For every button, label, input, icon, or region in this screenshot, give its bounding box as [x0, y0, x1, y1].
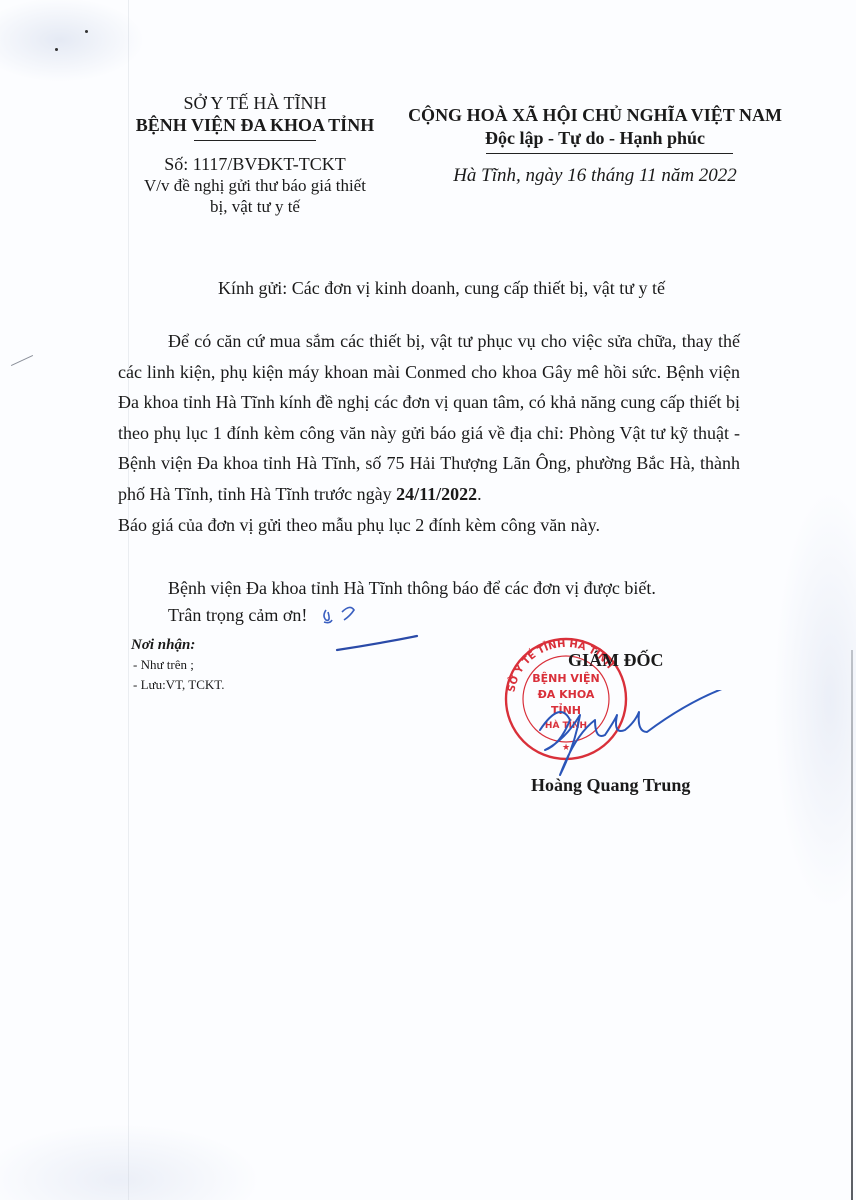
body-text: Để có căn cứ mua sắm các thiết bị, vật t… [118, 331, 740, 504]
body-paragraph-1: Để có căn cứ mua sắm các thiết bị, vật t… [118, 326, 740, 510]
recipients-title: Nơi nhận: [131, 637, 195, 654]
motto-divider [486, 153, 733, 154]
national-motto: Độc lập - Tự do - Hạnh phúc [395, 126, 795, 150]
hospital-name: BỆNH VIỆN ĐA KHOA TỈNH [105, 114, 405, 136]
scan-mark [11, 355, 33, 366]
closing-thanks: Trân trọng cảm ơn! [168, 605, 307, 626]
closing-notice: Bệnh viện Đa khoa tỉnh Hà Tĩnh thông báo… [168, 578, 656, 599]
document-page: SỞ Y TẾ HÀ TĨNH BỆNH VIỆN ĐA KHOA TỈNH S… [0, 0, 856, 1200]
place-date: Hà Tĩnh, ngày 16 tháng 11 năm 2022 [395, 165, 795, 187]
signer-title: GIÁM ĐỐC [568, 650, 664, 671]
subject-line-2: bị, vật tư y tế [105, 196, 405, 217]
svg-text:BỆNH VIỆN: BỆNH VIỆN [532, 672, 599, 685]
national-header: CỘNG HOÀ XÃ HỘI CHỦ NGHĨA VIỆT NAM Độc l… [395, 104, 795, 187]
page-edge-shadow [851, 650, 853, 1200]
issuer-header: SỞ Y TẾ HÀ TĨNH BỆNH VIỆN ĐA KHOA TỈNH S… [105, 92, 405, 217]
deadline-date: 24/11/2022 [396, 484, 477, 504]
handwritten-initials [312, 600, 432, 660]
subject-line-1: V/v đề nghị gửi thư báo giá thiết [105, 175, 405, 196]
signer-name: Hoàng Quang Trung [531, 775, 690, 796]
recipient-item: - Như trên ; [133, 657, 194, 673]
recipient-item: - Lưu:VT, TCKT. [133, 677, 225, 693]
letter-body: Để có căn cứ mua sắm các thiết bị, vật t… [118, 326, 740, 540]
scan-speck [55, 48, 58, 51]
header-divider [194, 140, 316, 141]
nation-title: CỘNG HOÀ XÃ HỘI CHỦ NGHĨA VIỆT NAM [395, 104, 795, 126]
ministry-name: SỞ Y TẾ HÀ TĨNH [105, 92, 405, 114]
body-paragraph-2: Báo giá của đơn vị gửi theo mẫu phụ lục … [118, 510, 740, 541]
document-number: Số: 1117/BVĐKT-TCKT [105, 153, 405, 175]
handwritten-signature [510, 690, 740, 785]
recipient-line: Kính gửi: Các đơn vị kinh doanh, cung cấ… [218, 278, 665, 299]
scan-speck [85, 30, 88, 33]
body-text-end: . [477, 484, 482, 504]
